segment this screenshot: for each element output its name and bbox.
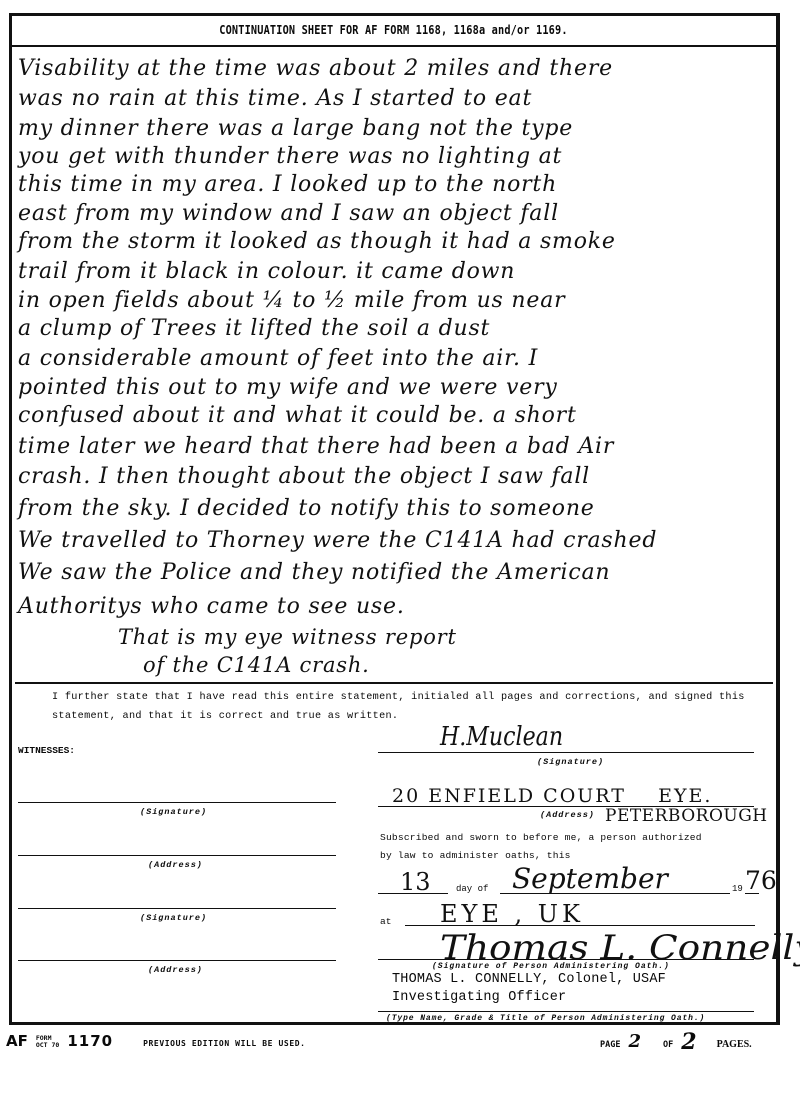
page-total: 2 [681,1034,696,1050]
witness-1-address-line[interactable] [18,855,336,856]
statement-line: from the sky. I decided to notify this t… [18,498,595,520]
statement-line: That is my eye witness report [118,626,457,648]
administrator-caption: (Type Name, Grade & Title of Person Admi… [386,1014,705,1023]
form-date-stack: FORM OCT 70 [36,1035,59,1049]
oath-at-label: at [380,916,391,927]
declarant-signature-line[interactable] [378,752,754,753]
statement-line: a clump of Trees it lifted the soil a du… [18,318,490,340]
oath-place-line[interactable] [405,925,755,926]
statement-line: you get with thunder there was no lighti… [18,146,562,168]
form-prefix: AF [6,1032,28,1050]
administrator-typed-line[interactable] [378,1011,754,1012]
oath-day-line[interactable] [378,893,448,894]
statement-line: this time in my area. I looked up to the… [18,174,557,196]
oath-day: 13 [400,868,431,896]
administrator-signature-line[interactable] [378,959,754,960]
witness-2-address-line[interactable] [18,960,336,961]
administrator-signature-caption: (Signature of Person Administering Oath.… [432,962,670,971]
witness-2-signature-caption: (Signature) [140,913,207,923]
oath-month: September [512,862,668,895]
page-of-label: OF [663,1040,673,1050]
page-number: 2 [628,1034,641,1050]
declarant-signature: H.Muclean [440,722,563,752]
statement-line: a considerable amount of feet into the a… [18,348,538,370]
statement-line: time later we heard that there had been … [18,436,614,458]
declarant-address-city: PETERBOROUGH [605,806,768,826]
declarant-address: 20 ENFIELD COURT EYE. [392,785,712,807]
statement-line: Visability at the time was about 2 miles… [18,58,613,80]
form-header: CONTINUATION SHEET FOR AF FORM 1168, 116… [9,13,777,47]
statement-line: crash. I then thought about the object I… [18,466,590,488]
oath-year: 76 [745,866,777,895]
section-divider [15,682,773,684]
statement-line: trail from it black in colour. it came d… [18,261,515,283]
oath-month-line[interactable] [500,893,730,894]
witnesses-label: WITNESSES: [18,745,75,756]
statement-line: was no rain at this time. As I started t… [18,88,532,110]
witness-2-signature-line[interactable] [18,908,336,909]
form-title: CONTINUATION SHEET FOR AF FORM 1168, 116… [219,22,567,37]
statement-line: in open fields about ¼ to ½ mile from us… [18,290,565,312]
pages-label: PAGES. [717,1039,752,1050]
statement-line: from the storm it looked as though it ha… [18,231,616,253]
administrator-name: THOMAS L. CONNELLY, Colonel, USAF [392,972,666,987]
form-identifier: AF FORM OCT 70 1170 PREVIOUS EDITION WIL… [6,1032,306,1050]
statement-line: my dinner there was a large bang not the… [18,118,573,140]
statement-line: east from my window and I saw an object … [18,203,559,225]
oath-text-line1: Subscribed and sworn to before me, a per… [380,832,702,843]
page-count: PAGE 2 OF 2 PAGES. [600,1034,752,1050]
oath-year-prefix: 19 [732,884,743,894]
statement-line: confused about it and what it could be. … [18,405,577,427]
form-number: 1170 [67,1032,113,1050]
witness-1-signature-line[interactable] [18,802,336,803]
administrator-title: Investigating Officer [392,990,566,1005]
certification-text: I further state that I have read this en… [52,688,772,726]
page-label: PAGE [600,1040,620,1050]
declarant-address-caption: (Address) [540,810,595,820]
statement-line: of the C141A crash. [143,654,370,676]
witness-2-address-caption: (Address) [148,965,203,975]
oath-place: EYE , UK [440,900,584,928]
oath-day-of-label: day of [456,884,488,894]
oath-year-line[interactable] [745,893,759,894]
statement-line: We travelled to Thorney were the C141A h… [18,530,657,552]
declarant-signature-caption: (Signature) [537,757,604,767]
witness-1-address-caption: (Address) [148,860,203,870]
statement-line: We saw the Police and they notified the … [18,562,610,584]
oath-text-line2: by law to administer oaths, this [380,850,571,861]
statement-line: Authoritys who came to see use. [18,596,405,618]
statement-line: pointed this out to my wife and we were … [18,377,558,399]
witness-1-signature-caption: (Signature) [140,807,207,817]
edition-notice: PREVIOUS EDITION WILL BE USED. [143,1039,306,1048]
form-date: OCT 70 [36,1042,59,1049]
